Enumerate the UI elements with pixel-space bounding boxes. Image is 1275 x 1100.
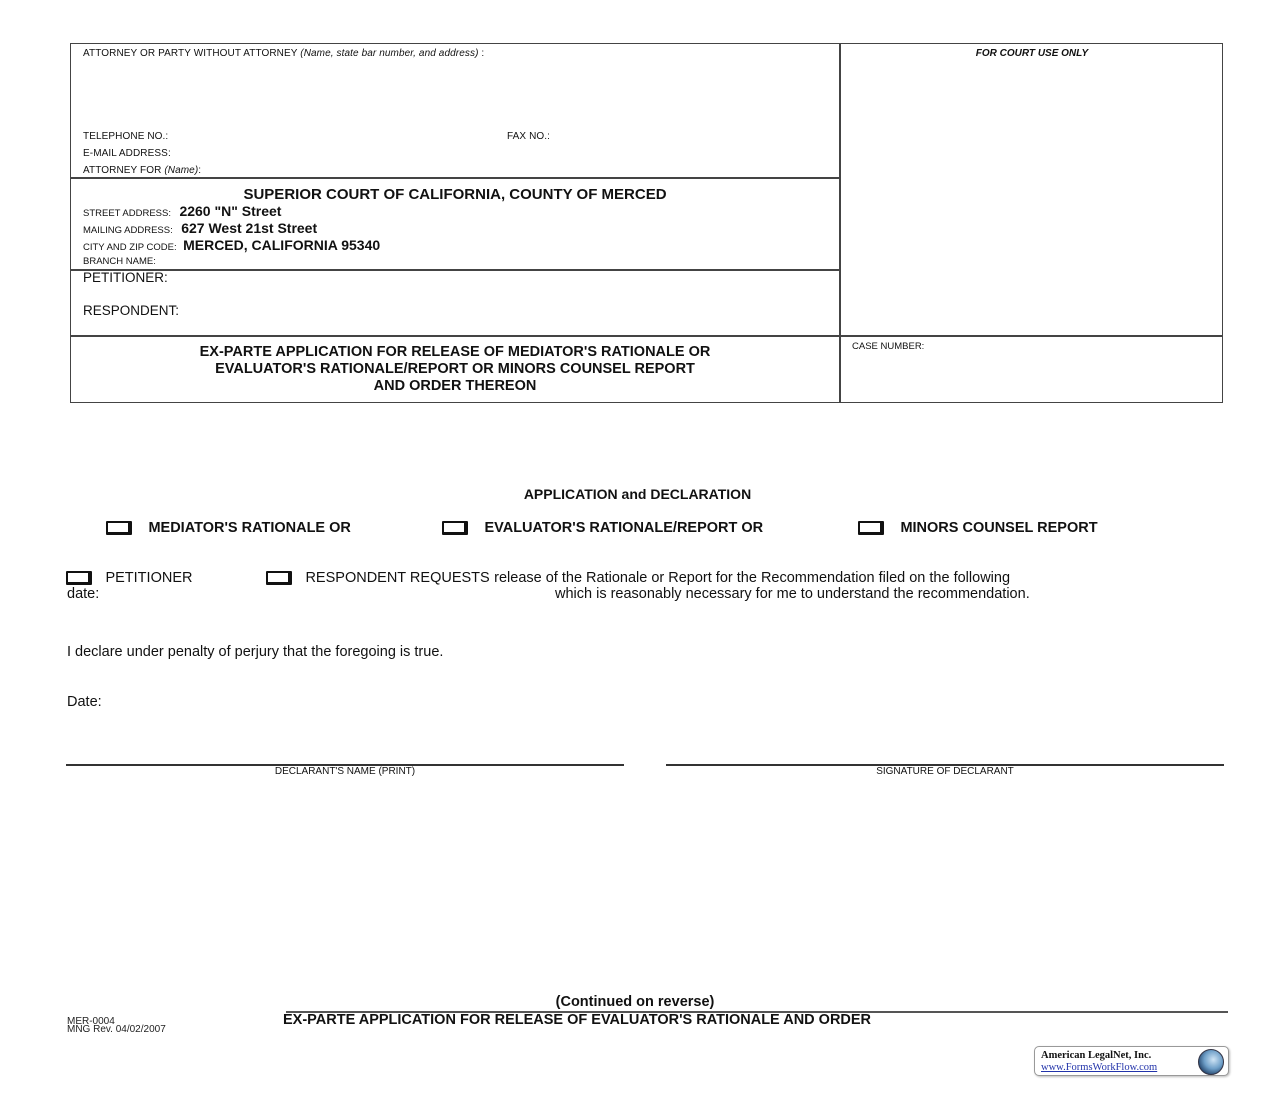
caption-divider xyxy=(839,44,841,402)
logo-company-name: American LegalNet, Inc. xyxy=(1041,1050,1151,1061)
petitioner-label: PETITIONER: xyxy=(83,270,168,285)
form-title: EX-PARTE APPLICATION FOR RELEASE OF MEDI… xyxy=(71,344,839,395)
attorney-name-address-field[interactable] xyxy=(83,62,823,130)
declaration-date-field[interactable] xyxy=(115,692,415,710)
continued-on-reverse: (Continued on reverse) xyxy=(0,994,1270,1010)
signature-field[interactable] xyxy=(666,740,1224,764)
option-minors-counsel: MINORS COUNSEL REPORT xyxy=(858,519,1098,537)
mailing-address-value: 627 West 21st Street xyxy=(181,220,317,236)
form-revision: MNG Rev. 04/02/2007 xyxy=(67,1025,166,1035)
fax-label: FAX NO.: xyxy=(507,131,550,142)
application-heading: APPLICATION and DECLARATION xyxy=(0,486,1275,502)
respondent-field[interactable] xyxy=(211,303,826,321)
respondent-label: RESPONDENT: xyxy=(83,303,179,318)
caption-table: ATTORNEY OR PARTY WITHOUT ATTORNEY (Name… xyxy=(70,43,1223,403)
street-address-value: 2260 "N" Street xyxy=(179,203,281,219)
checkbox-minors-counsel[interactable] xyxy=(858,521,884,535)
court-name: SUPERIOR COURT OF CALIFORNIA, COUNTY OF … xyxy=(71,186,839,203)
checkbox-evaluator[interactable] xyxy=(442,521,468,535)
city-zip-row: CITY AND ZIP CODE: MERCED, CALIFORNIA 95… xyxy=(83,237,380,255)
email-field[interactable] xyxy=(196,146,826,160)
for-court-use-label: FOR COURT USE ONLY xyxy=(840,48,1224,59)
city-zip-value: MERCED, CALIFORNIA 95340 xyxy=(183,237,380,253)
checkbox-respondent[interactable] xyxy=(266,571,292,585)
globe-icon xyxy=(1198,1049,1224,1075)
checkbox-mediator[interactable] xyxy=(106,521,132,535)
attorney-for-label: ATTORNEY FOR (Name): xyxy=(83,165,201,176)
americanlegalnet-logo[interactable]: American LegalNet, Inc. www.FormsWorkFlo… xyxy=(1034,1046,1229,1076)
signature-label: SIGNATURE OF DECLARANT xyxy=(666,766,1224,777)
request-date-label: date: xyxy=(67,586,99,602)
request-text-line1: release of the Rationale or Report for t… xyxy=(494,570,1010,586)
request-text-line2: which is reasonably necessary for me to … xyxy=(555,586,1030,602)
option-evaluator: EVALUATOR'S RATIONALE/REPORT OR xyxy=(442,519,763,537)
fax-field[interactable] xyxy=(563,129,823,143)
declarant-name-field[interactable] xyxy=(66,740,624,764)
telephone-label: TELEPHONE NO.: xyxy=(83,131,168,142)
mailing-address-label: MAILING ADDRESS: xyxy=(83,225,173,236)
case-number-field[interactable] xyxy=(852,356,1212,396)
logo-url-link[interactable]: www.FormsWorkFlow.com xyxy=(1041,1062,1157,1073)
street-address-row: STREET ADDRESS: 2260 "N" Street xyxy=(83,203,281,221)
case-number-label: CASE NUMBER: xyxy=(852,341,924,352)
divider-parties-title xyxy=(71,335,1222,337)
option-mediator: MEDIATOR'S RATIONALE OR xyxy=(106,519,351,537)
divider-attorney-court xyxy=(71,177,839,179)
footer-form-title: EX-PARTE APPLICATION FOR RELEASE OF EVAL… xyxy=(283,1012,871,1028)
city-zip-label: CITY AND ZIP CODE: xyxy=(83,242,177,253)
email-label: E-MAIL ADDRESS: xyxy=(83,148,171,159)
petitioner-field[interactable] xyxy=(196,270,826,288)
declarant-name-label: DECLARANT'S NAME (PRINT) xyxy=(66,766,624,777)
recommendation-date-field[interactable] xyxy=(112,585,542,602)
declaration-statement: I declare under penalty of perjury that … xyxy=(67,644,443,660)
attorney-for-field[interactable] xyxy=(236,163,826,176)
branch-name-label: BRANCH NAME: xyxy=(83,256,156,267)
checkbox-petitioner[interactable] xyxy=(66,571,92,585)
mailing-address-row: MAILING ADDRESS: 627 West 21st Street xyxy=(83,220,317,238)
declaration-date-label: Date: xyxy=(67,694,102,710)
street-address-label: STREET ADDRESS: xyxy=(83,208,171,219)
telephone-field[interactable] xyxy=(191,129,501,143)
attorney-label: ATTORNEY OR PARTY WITHOUT ATTORNEY (Name… xyxy=(83,48,484,59)
